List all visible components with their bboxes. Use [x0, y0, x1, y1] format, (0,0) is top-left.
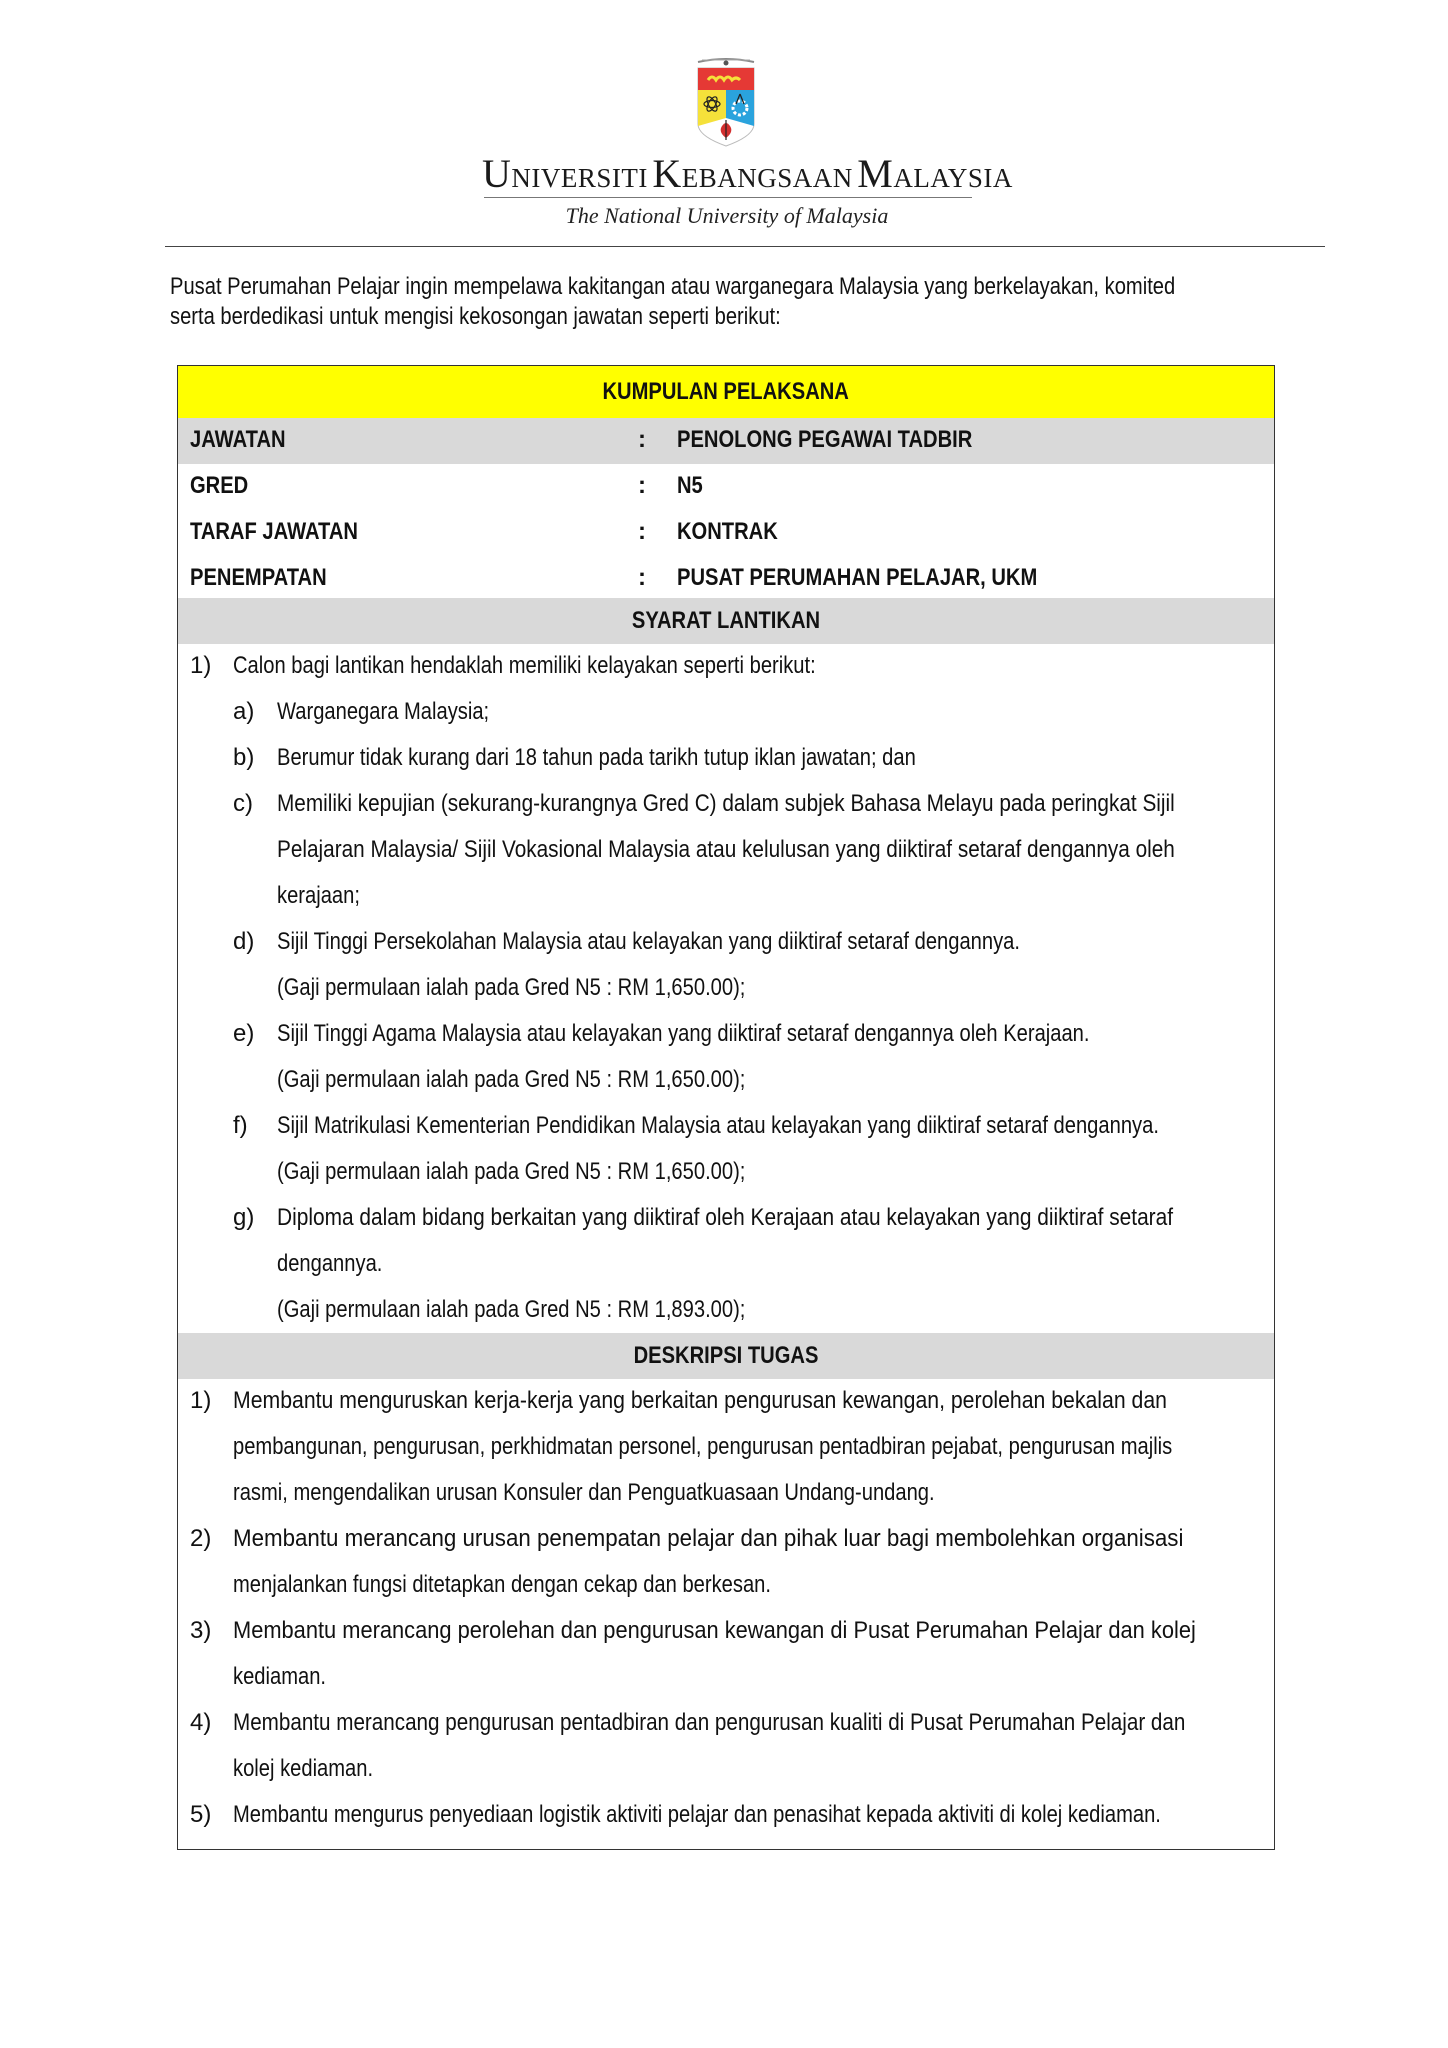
duty-marker: 1) — [190, 1386, 211, 1416]
field-separator: : — [638, 426, 646, 453]
field-label: JAWATAN — [190, 425, 286, 455]
requirements-title: SYARAT LANTIKAN — [178, 606, 1274, 636]
field-value: N5 — [677, 471, 703, 501]
job-table: KUMPULAN PELAKSANA JAWATAN : PENOLONG PE… — [177, 365, 1275, 1850]
item-marker: d) — [233, 927, 254, 957]
requirement-item-c: kerajaan; — [277, 881, 360, 911]
requirement-item-e: Sijil Tinggi Agama Malaysia atau kelayak… — [277, 1019, 1090, 1049]
requirement-item-g: dengannya. — [277, 1249, 382, 1279]
uni-name-part-2: KEBANGSAAN — [652, 174, 852, 191]
item-marker: e) — [233, 1019, 254, 1049]
item-marker: f) — [233, 1111, 248, 1141]
duty-item-5: Membantu mengurus penyediaan logistik ak… — [233, 1800, 1161, 1830]
logo-divider — [484, 197, 972, 198]
salary-note: (Gaji permulaan ialah pada Gred N5 : RM … — [277, 1295, 745, 1325]
requirement-item-b: Berumur tidak kurang dari 18 tahun pada … — [277, 743, 916, 773]
requirement-item-a: Warganegara Malaysia; — [277, 697, 489, 727]
field-separator: : — [638, 472, 646, 499]
ukm-crest-logo — [694, 56, 758, 148]
duty-item-3: kediaman. — [233, 1662, 326, 1692]
duty-item-1: Membantu menguruskan kerja-kerja yang be… — [233, 1386, 1167, 1416]
requirement-lead: Calon bagi lantikan hendaklah memiliki k… — [233, 651, 816, 681]
field-separator: : — [638, 518, 646, 545]
uni-name-part-3: MALAYSIA — [857, 174, 1013, 191]
duty-marker: 5) — [190, 1800, 211, 1830]
salary-note: (Gaji permulaan ialah pada Gred N5 : RM … — [277, 1157, 745, 1187]
field-label: TARAF JAWATAN — [190, 517, 358, 547]
duty-marker: 4) — [190, 1708, 211, 1738]
duty-marker: 3) — [190, 1616, 211, 1646]
field-label: PENEMPATAN — [190, 563, 327, 593]
requirement-number: 1) — [190, 651, 211, 681]
field-separator: : — [638, 564, 646, 591]
header-divider — [165, 246, 1325, 247]
duty-item-1: pembangunan, pengurusan, perkhidmatan pe… — [233, 1432, 1172, 1462]
field-label: GRED — [190, 471, 248, 501]
field-value: KONTRAK — [677, 517, 778, 547]
field-value: PENOLONG PEGAWAI TADBIR — [677, 425, 972, 455]
requirement-item-f: Sijil Matrikulasi Kementerian Pendidikan… — [277, 1111, 1159, 1141]
item-marker: g) — [233, 1203, 254, 1233]
requirement-item-g: Diploma dalam bidang berkaitan yang diik… — [277, 1203, 1173, 1233]
duties-title: DESKRIPSI TUGAS — [178, 1341, 1274, 1371]
duty-item-4: Membantu merancang pengurusan pentadbira… — [233, 1708, 1185, 1738]
duty-item-2: menjalankan fungsi ditetapkan dengan cek… — [233, 1570, 771, 1600]
intro-line: serta berdedikasi untuk mengisi kekosong… — [170, 302, 781, 332]
salary-note: (Gaji permulaan ialah pada Gred N5 : RM … — [277, 973, 745, 1003]
requirement-item-d: Sijil Tinggi Persekolahan Malaysia atau … — [277, 927, 1020, 957]
university-name: UNIVERSITI KEBANGSAAN MALAYSIA — [482, 150, 972, 197]
item-marker: c) — [233, 789, 253, 819]
field-value: PUSAT PERUMAHAN PELAJAR, UKM — [677, 563, 1037, 593]
university-tagline: The National University of Malaysia — [482, 203, 972, 229]
group-title: KUMPULAN PELAKSANA — [178, 377, 1274, 407]
intro-line: Pusat Perumahan Pelajar ingin mempelawa … — [170, 272, 1175, 302]
item-marker: b) — [233, 743, 254, 773]
duty-item-2: Membantu merancang urusan penempatan pel… — [233, 1524, 1183, 1554]
duty-item-3: Membantu merancang perolehan dan penguru… — [233, 1616, 1196, 1646]
duty-item-4: kolej kediaman. — [233, 1754, 373, 1784]
requirement-item-c: Pelajaran Malaysia/ Sijil Vokasional Mal… — [277, 835, 1175, 865]
duty-item-1: rasmi, mengendalikan urusan Konsuler dan… — [233, 1478, 935, 1508]
item-marker: a) — [233, 697, 254, 727]
intro-paragraph: Pusat Perumahan Pelajar ingin mempelawa … — [170, 272, 1320, 332]
salary-note: (Gaji permulaan ialah pada Gred N5 : RM … — [277, 1065, 745, 1095]
letterhead: UNIVERSITI KEBANGSAAN MALAYSIA The Natio… — [0, 0, 1448, 250]
uni-name-part-1: UNIVERSITI — [482, 174, 648, 191]
duty-marker: 2) — [190, 1524, 211, 1554]
requirement-item-c: Memiliki kepujian (sekurang-kurangnya Gr… — [277, 789, 1175, 819]
